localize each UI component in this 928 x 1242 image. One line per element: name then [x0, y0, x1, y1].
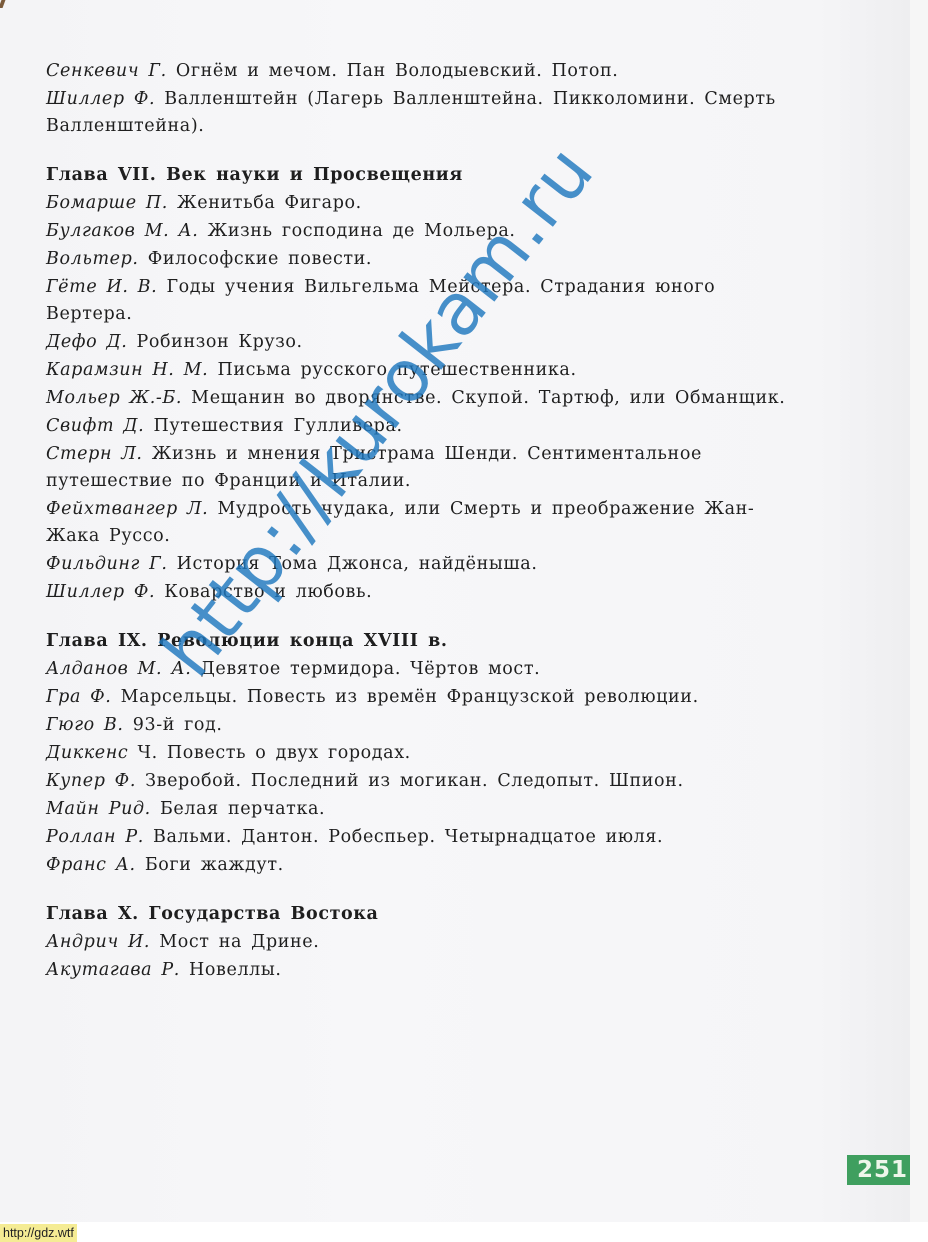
list-item: Сенкевич Г. Огнём и мечом. Пан Володыевс…: [46, 58, 786, 85]
list-item: Гюго В. 93-й год.: [46, 712, 786, 739]
entry-author: Сенкевич Г.: [46, 61, 167, 81]
entry-author: Шиллер Ф.: [46, 582, 155, 602]
entry-title: Мещанин во дворянстве. Скупой. Тартюф, и…: [182, 388, 785, 408]
entry-author: Дефо Д.: [46, 332, 127, 352]
entry-author: Шиллер Ф.: [46, 89, 155, 109]
entry-author: Фейхтвангер Л.: [46, 499, 208, 519]
list-item: Майн Рид. Белая перчатка.: [46, 796, 786, 823]
entry-title: Девятое термидора. Чёртов мост.: [191, 659, 540, 679]
list-item: Бомарше П. Женитьба Фигаро.: [46, 190, 786, 217]
entry-title: Робинзон Крузо.: [127, 332, 302, 352]
chapter-section: Глава X. Государства ВостокаАндрич И. Мо…: [46, 901, 786, 984]
entry-title: Жизнь и мнения Тристрама Шенди. Сентимен…: [46, 444, 702, 491]
entry-title: Зверобой. Последний из могикан. Следопыт…: [136, 771, 684, 791]
entry-author: Бомарше П.: [46, 193, 168, 213]
entry-author: Майн Рид.: [46, 799, 151, 819]
intro-section: Сенкевич Г. Огнём и мечом. Пан Володыевс…: [46, 58, 786, 140]
chapter-title: Глава X. Государства Востока: [46, 901, 786, 927]
source-badge: http://gdz.wtf: [0, 1224, 77, 1242]
entry-title: Белая перчатка.: [151, 799, 325, 819]
list-item: Купер Ф. Зверобой. Последний из могикан.…: [46, 768, 786, 795]
entry-author: Роллан Р.: [46, 827, 144, 847]
list-item: Шиллер Ф. Валленштейн (Лагерь Валленштей…: [46, 86, 786, 140]
list-item: Мольер Ж.-Б. Мещанин во дворянстве. Скуп…: [46, 385, 786, 412]
entry-author: Стерн Л.: [46, 444, 143, 464]
list-item: Франс А. Боги жаждут.: [46, 852, 786, 879]
list-item: Свифт Д. Путешествия Гулливера.: [46, 413, 786, 440]
list-item: Булгаков М. А. Жизнь господина де Мольер…: [46, 218, 786, 245]
list-item: Андрич И. Мост на Дрине.: [46, 929, 786, 956]
entry-author: Свифт Д.: [46, 416, 144, 436]
list-item: Гра Ф. Марсельцы. Повесть из времён Фран…: [46, 684, 786, 711]
entry-author: Гюго В.: [46, 715, 124, 735]
entry-author: Алданов М. А.: [46, 659, 191, 679]
entry-author: Вольтер.: [46, 249, 139, 269]
list-item: Фильдинг Г. История Тома Джонса, найдёны…: [46, 551, 786, 578]
chapter-section: Глава IX. Революции конца XVIII в.Алдано…: [46, 628, 786, 879]
list-item: Гёте И. В. Годы учения Вильгельма Мейсте…: [46, 274, 786, 328]
list-item: Дефо Д. Робинзон Крузо.: [46, 329, 786, 356]
entry-title: Философские повести.: [139, 249, 372, 269]
entry-title: Огнём и мечом. Пан Володыевский. Потоп.: [167, 61, 619, 81]
list-item: Вольтер. Философские повести.: [46, 246, 786, 273]
book-page: Сенкевич Г. Огнём и мечом. Пан Володыевс…: [0, 0, 910, 1222]
list-item: Алданов М. А. Девятое термидора. Чёртов …: [46, 656, 786, 683]
entry-title: Новеллы.: [180, 960, 282, 980]
entry-author: Гра Ф.: [46, 687, 111, 707]
entry-author: Булгаков М. А.: [46, 221, 198, 241]
entry-author: Акутагава Р.: [46, 960, 180, 980]
entry-title: Вальми. Дантон. Робеспьер. Четырнадцатое…: [144, 827, 663, 847]
reading-list: Сенкевич Г. Огнём и мечом. Пан Володыевс…: [46, 58, 786, 985]
chapters: Глава VII. Век науки и ПросвещенияБомарш…: [46, 162, 786, 984]
entry-title: Жизнь господина де Мольера.: [198, 221, 515, 241]
page-edge: [910, 0, 928, 1222]
list-item: Роллан Р. Вальми. Дантон. Робеспьер. Чет…: [46, 824, 786, 851]
entry-author: Фильдинг Г.: [46, 554, 168, 574]
list-item: Стерн Л. Жизнь и мнения Тристрама Шенди.…: [46, 441, 786, 495]
chapter-title: Глава VII. Век науки и Просвещения: [46, 162, 786, 188]
entry-title: 93-й год.: [124, 715, 223, 735]
entry-title: Марсельцы. Повесть из времён Французской…: [111, 687, 698, 707]
list-item: Карамзин Н. М. Письма русского путешеств…: [46, 357, 786, 384]
entry-title: Мост на Дрине.: [150, 932, 319, 952]
list-item: Шиллер Ф. Коварство и любовь.: [46, 579, 786, 606]
entry-title: Путешествия Гулливера.: [144, 416, 402, 436]
entry-title: Женитьба Фигаро.: [168, 193, 362, 213]
entry-author: Гёте И. В.: [46, 277, 157, 297]
entry-author: Карамзин Н. М.: [46, 360, 208, 380]
list-item: Фейхтвангер Л. Мудрость чудака, или Смер…: [46, 496, 786, 550]
entry-author: Купер Ф.: [46, 771, 136, 791]
entry-title: Ч. Повесть о двух городах.: [128, 743, 411, 763]
entry-author: Диккенс: [46, 743, 128, 763]
entry-title: Коварство и любовь.: [155, 582, 372, 602]
entry-author: Андрич И.: [46, 932, 150, 952]
list-item: Диккенс Ч. Повесть о двух городах.: [46, 740, 786, 767]
chapter-title: Глава IX. Революции конца XVIII в.: [46, 628, 786, 654]
chapter-section: Глава VII. Век науки и ПросвещенияБомарш…: [46, 162, 786, 606]
entry-author: Мольер Ж.-Б.: [46, 388, 182, 408]
entry-title: Письма русского путешественника.: [208, 360, 576, 380]
entry-title: Валленштейн (Лагерь Валленштейна. Пиккол…: [46, 89, 776, 136]
list-item: Акутагава Р. Новеллы.: [46, 957, 786, 984]
entry-title: История Тома Джонса, найдёныша.: [168, 554, 538, 574]
page-corner-mark: [0, 0, 5, 8]
entry-author: Франс А.: [46, 855, 136, 875]
entry-title: Боги жаждут.: [136, 855, 284, 875]
